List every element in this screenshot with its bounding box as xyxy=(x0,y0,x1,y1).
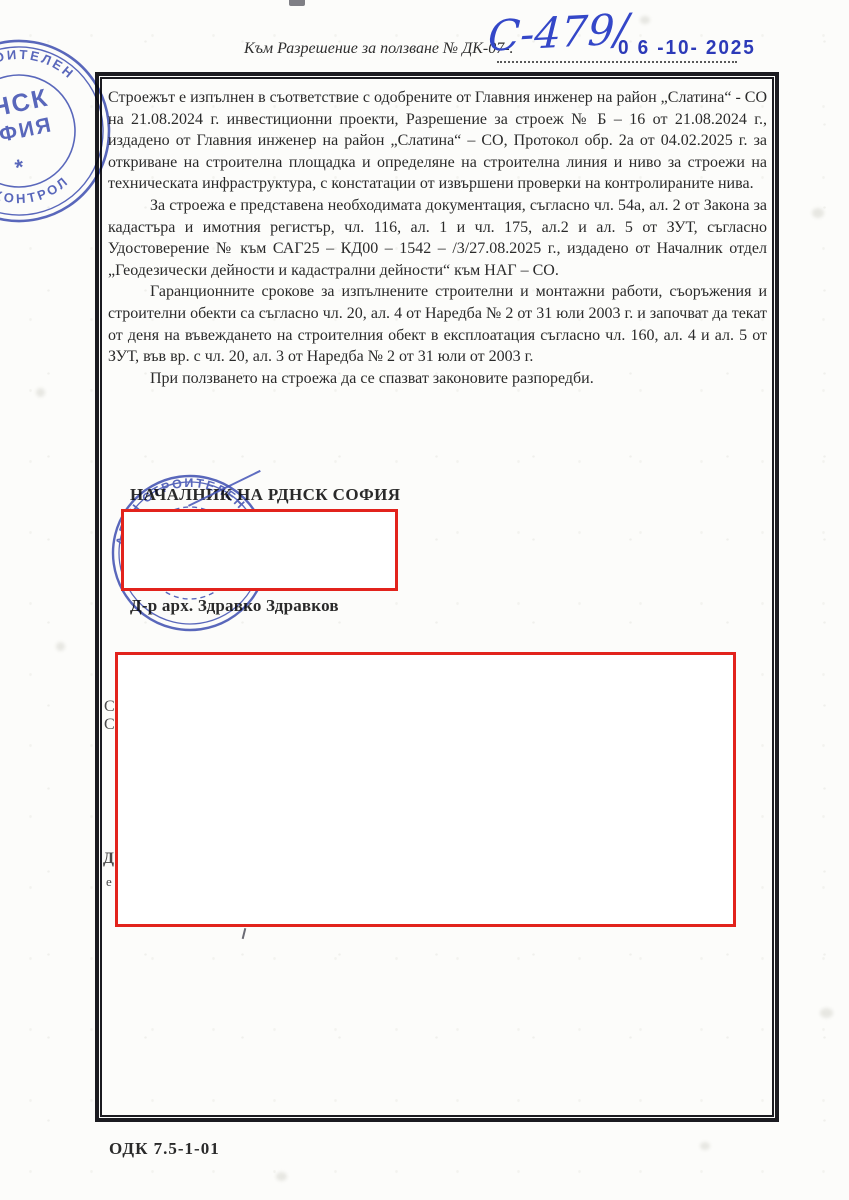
redaction-box-lower xyxy=(115,652,736,927)
redacted-text-fragment: С xyxy=(104,699,115,715)
scan-speckle xyxy=(700,1142,710,1150)
stamp-ring-text-bottom: КОНТРОЛ xyxy=(0,171,75,213)
paragraph-construction-compliance: Строежът е изпълнен в съответствие с одо… xyxy=(108,87,767,195)
handwritten-case-number: С-479/ xyxy=(487,8,630,58)
header-reference-label: Към Разрешение за ползване № ДК-07-. xyxy=(244,40,514,58)
scan-speckle xyxy=(640,16,650,24)
scan-speckle xyxy=(820,1008,833,1018)
round-stamp-top-left: ЕН СТРОИТЕЛЕН КОНТРОЛ НСК ФИЯ * xyxy=(0,26,126,236)
svg-text:КОНТРОЛ: КОНТРОЛ xyxy=(0,171,75,213)
redacted-text-fragment: Д xyxy=(103,851,114,867)
document-body: Строежът е изпълнен в съответствие с одо… xyxy=(108,87,767,389)
scan-speckle xyxy=(56,642,65,651)
scan-speckle xyxy=(812,208,824,218)
paragraph-documentation: За строежа е представена необходимата до… xyxy=(108,195,767,281)
redacted-text-fragment: С xyxy=(104,717,115,733)
form-code: ОДК 7.5-1-01 xyxy=(109,1139,220,1159)
redaction-box-signature xyxy=(121,509,398,591)
scan-speckle xyxy=(36,388,45,397)
scanned-document-page: Към Разрешение за ползване № ДК-07-. С-4… xyxy=(0,0,849,1200)
paragraph-legal-provisions: При ползването на строежа да се спазват … xyxy=(108,368,767,390)
scan-speckle xyxy=(276,1172,287,1181)
paragraph-warranty-terms: Гаранционните срокове за изпълнените стр… xyxy=(108,281,767,367)
scan-artifact xyxy=(289,0,305,6)
redacted-text-fragment: е xyxy=(106,875,112,888)
stamp-star: * xyxy=(13,154,27,180)
date-stamp: 0 6 -10- 2025 xyxy=(618,37,756,60)
